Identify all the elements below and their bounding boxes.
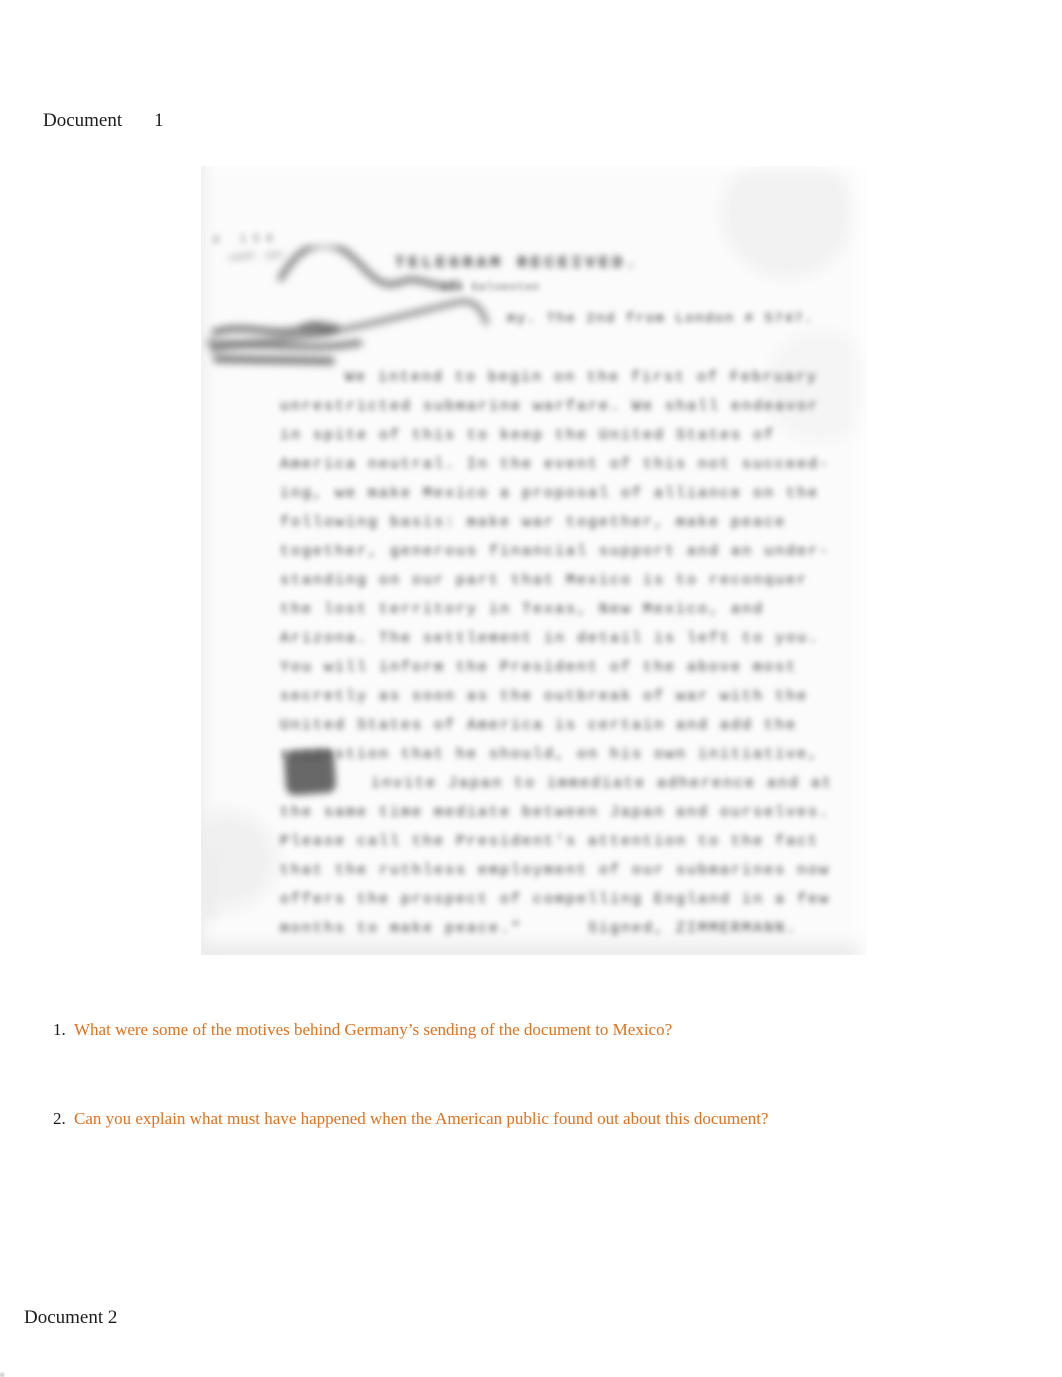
- telegram-line: United States of America is certain and …: [280, 716, 797, 736]
- telegram-line: the same time mediate between Japan and …: [280, 803, 830, 823]
- question-1-number: 1.: [53, 1019, 74, 1041]
- telegram-line: that the ruthless employment of our subm…: [280, 861, 830, 881]
- telegram-line: ing, we make Mexico a proposal of allian…: [280, 484, 819, 504]
- telegram-heading: TELEGRAM RECEIVED.: [395, 254, 640, 272]
- ink-stamp-blot: [284, 748, 337, 795]
- scan-edge-smudge: [201, 856, 217, 920]
- pencil-note: p 158: [213, 232, 279, 246]
- worksheet-page: Document1 p 158 TELEGRAM RECEIVED. via G…: [0, 0, 1062, 1377]
- document-1-label: Document1: [24, 88, 164, 154]
- question-1: 1.What were some of the motives behind G…: [36, 997, 672, 1063]
- telegram-from-line: my. The 2nd from London # 5747.: [507, 311, 814, 327]
- question-2-text: Can you explain what must have happened …: [74, 1109, 768, 1128]
- page-bottom-artifact: [0, 1373, 4, 1377]
- telegram-line: in spite of this to keep the United Stat…: [280, 426, 775, 446]
- telegram-line: offers the prospect of compelling Englan…: [280, 890, 830, 910]
- telegram-line: unrestricted submarine warfare. We shall…: [280, 397, 819, 417]
- telegram-line: Please call the President's attention to…: [280, 832, 819, 852]
- question-2-number: 2.: [53, 1108, 74, 1130]
- telegram-subheading: via Galveston: [441, 282, 540, 294]
- document-2-label: Document 2: [24, 1307, 117, 1329]
- document-1-word: Document: [43, 110, 122, 131]
- question-2: 2.Can you explain what must have happene…: [36, 1086, 768, 1152]
- telegram-line: following basis: make war together, make…: [280, 513, 786, 533]
- telegram-line: the lost territory in Texas, New Mexico,…: [280, 600, 764, 620]
- telegram-line: We intend to begin on the first of Febru…: [345, 368, 818, 388]
- zimmermann-telegram-scan: p 158 TELEGRAM RECEIVED. via Galveston m…: [201, 166, 867, 955]
- question-1-text: What were some of the motives behind Ger…: [74, 1020, 672, 1039]
- telegram-line: suggestion that he should, on his own in…: [280, 745, 819, 765]
- telegram-line: months to make peace." Signed, ZIMMERMAN…: [280, 919, 797, 939]
- telegram-line: America neutral. In the event of this no…: [280, 455, 830, 475]
- telegram-line: You will inform the President of the abo…: [280, 658, 797, 678]
- telegram-line: standing on our part that Mexico is to r…: [280, 571, 808, 591]
- telegram-line: Arizona. The settlement in detail is lef…: [280, 629, 819, 649]
- document-1-number: 1: [154, 110, 164, 131]
- telegram-line: invite Japan to immediate adherence and …: [371, 774, 833, 794]
- telegram-line: together, generous financial support and…: [280, 542, 830, 562]
- telegram-line: secretly as soon as the outbreak of war …: [280, 687, 808, 707]
